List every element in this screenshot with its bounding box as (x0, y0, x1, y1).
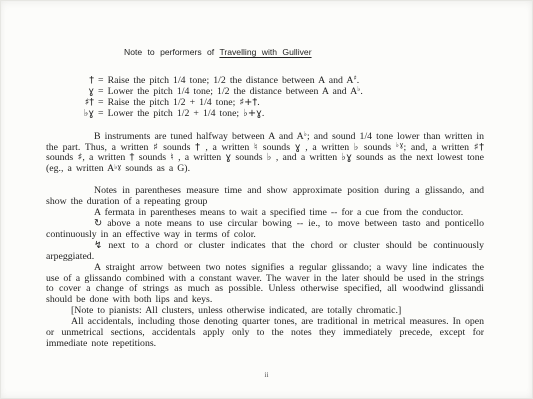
three-quarter-flat-symbol: ♭ɣ (114, 163, 121, 171)
text-segment: ; and, a written (404, 142, 474, 153)
text-segment: , a written (301, 142, 354, 153)
three-quarter-sharp-symbol: ♯† (474, 142, 484, 153)
text-segment: , a written (174, 152, 225, 163)
document-page: Note to performers of Travelling with Gu… (0, 0, 533, 399)
text-segment: , and a written (272, 152, 342, 163)
paragraph-glissando: A straight arrow between two notes signi… (46, 263, 484, 307)
text-segment: B instruments are tuned halfway between … (94, 131, 304, 142)
page-title: Note to performers of Travelling with Gu… (124, 47, 484, 57)
sharp-plus-quarter-sharp-symbol: ♯+† (239, 97, 257, 108)
text-segment: A straight arrow between two notes signi… (46, 262, 484, 306)
text-segment: . (360, 86, 362, 97)
text-segment: sounds (359, 142, 396, 153)
text-segment: next to a chord or cluster indicates tha… (46, 240, 484, 262)
text-segment: , a written (82, 152, 129, 163)
text-segment: [Note to pianists: All clusters, unless … (71, 305, 401, 316)
text-segment: = Raise the pitch 1/4 tone; 1/2 the dist… (98, 75, 353, 86)
definition-text: = Lower the pitch 1/2 + 1/4 tone; ♭+ɣ. (98, 109, 264, 120)
text-segment: , a written (201, 142, 254, 153)
flat-symbol: ♭ (357, 85, 360, 93)
text-segment: sounds (135, 152, 171, 163)
symbol-definitions: † = Raise the pitch 1/4 tone; 1/2 the di… (76, 76, 484, 120)
arpeggiation-wavy-arrow-icon: ↯ (94, 240, 102, 251)
title-prefix: Note to performers of (124, 47, 219, 57)
three-quarter-flat-symbol: ♭ɣ (341, 152, 352, 163)
circular-bowing-icon: ↻ (94, 218, 102, 229)
paragraph-arpeggiation: ↯ next to a chord or cluster indicates t… (46, 241, 484, 263)
paragraph-transposition: B instruments are tuned halfway between … (46, 132, 484, 176)
text-segment: A fermata in parentheses means to wait a… (94, 207, 463, 218)
text-segment: = Raise the pitch 1/2 + 1/4 tone; (98, 97, 239, 108)
page-number: ii (0, 370, 533, 381)
text-segment: All accidentals, including those denotin… (46, 316, 484, 349)
work-title: Travelling with Gulliver (219, 47, 311, 57)
three-quarter-flat-symbol: ♭ɣ (76, 109, 94, 120)
paragraph-parentheses: Notes in parentheses measure time and sh… (46, 186, 484, 208)
three-quarter-flat-symbol: ♭ɣ (396, 141, 404, 149)
sharp-symbol: ♯ (353, 74, 356, 82)
text-segment: sounds as a G). (121, 163, 190, 174)
text-segment: above a note means to use circular bowin… (46, 218, 484, 240)
flat-plus-quarter-flat-symbol: ♭+ɣ (243, 108, 262, 119)
text-segment: = Lower the pitch 1/4 tone; 1/2 the dist… (98, 86, 357, 97)
text-segment: sounds (231, 152, 267, 163)
text-segment: sounds (258, 142, 295, 153)
text-segment: sounds (46, 152, 77, 163)
text-segment: Notes in parentheses measure time and sh… (46, 185, 484, 207)
paragraph-circular-bowing: ↻ above a note means to use circular bow… (46, 219, 484, 241)
paragraph-accidentals: All accidentals, including those denotin… (46, 317, 484, 350)
flat-symbol: ♭ (304, 130, 307, 138)
symbol-definition-row: ♭ɣ = Lower the pitch 1/2 + 1/4 tone; ♭+ɣ… (76, 109, 484, 120)
text-segment: . (262, 108, 264, 119)
text-segment: . (257, 97, 259, 108)
text-segment: = Lower the pitch 1/2 + 1/4 tone; (98, 108, 243, 119)
text-segment: sounds (158, 142, 195, 153)
